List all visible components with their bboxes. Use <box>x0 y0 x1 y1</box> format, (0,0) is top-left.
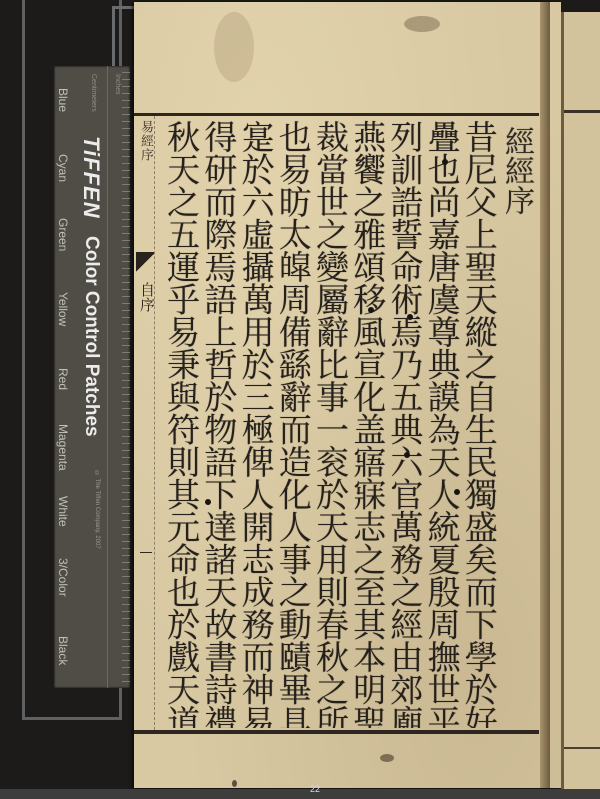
punctuation-dot <box>368 307 374 313</box>
ruler-scale <box>107 66 130 688</box>
text-column: 裁當世之變屬辭比事一衮於天用則春秋之所以教 <box>313 120 350 728</box>
patch-label-cyan: Cyan <box>56 154 70 182</box>
tiffen-logo: TiFFEN <box>78 136 104 219</box>
ink-spot <box>380 754 394 762</box>
text-body: 經經序 昔尼父上聖天縱之自生民獨盛矣而下學於好古疊 疊也尚嘉唐虞尊典謨為天人統夏… <box>164 120 536 728</box>
punctuation-dot <box>407 314 413 320</box>
fish-tail-mark <box>136 252 154 274</box>
adjacent-page-rule <box>564 110 600 113</box>
fold-column-subtitle: 自序 <box>137 282 158 312</box>
text-column: 列訓誥誓命術焉乃五典六官萬務之經由郊廟會朝 <box>387 120 424 728</box>
text-column: 秋天之五運乎易秉與符則其元命也於戲天道恢恢 <box>164 120 201 728</box>
book-page: 易經序 自序 經經序 昔尼父上聖天縱之自生民獨盛矣而下學於好古疊 疊也尚嘉唐虞尊… <box>134 2 561 788</box>
color-patch-labels: Blue Cyan Green Yellow Red Magenta White… <box>56 66 74 688</box>
patch-label-black: Black <box>56 636 70 665</box>
tiffen-color-card: Blue Cyan Green Yellow Red Magenta White… <box>54 66 130 688</box>
ink-spot <box>232 780 237 787</box>
punctuation-dot <box>442 159 448 165</box>
patch-label-blue: Blue <box>56 88 70 112</box>
patch-label-white: White <box>56 496 70 527</box>
bottom-border-rule <box>134 730 539 734</box>
footer-number: 22 <box>310 784 320 794</box>
patch-label-green: Green <box>56 218 70 251</box>
fold-column: 易經序 自序 <box>134 116 155 730</box>
top-border-rule <box>134 113 539 116</box>
punctuation-dot <box>404 452 410 458</box>
text-column: 也易昉太皡周備繇辭而造化人事之動賾畢具揩一 <box>276 120 313 728</box>
patch-label-3color: 3/Color <box>56 558 70 597</box>
text-column: 燕饗之雅頌移風宣化盖寤寐志之至其本明聖之軌 <box>350 120 387 728</box>
punctuation-dot <box>454 489 460 495</box>
ink-smudge <box>404 16 440 32</box>
adjacent-page-rule-bottom <box>564 747 600 749</box>
preface-heading: 經經序 <box>499 120 536 734</box>
page-gutter-edge <box>540 2 550 788</box>
patch-label-magenta: Magenta <box>56 424 70 471</box>
water-stain <box>214 12 254 82</box>
patch-label-yellow: Yellow <box>56 292 70 326</box>
text-column: 得研而際焉語上哲於物語下達諸天故書詩禮樂春 <box>201 120 238 728</box>
fold-column-title: 易經序 <box>136 120 155 162</box>
adjacent-page <box>561 12 600 789</box>
text-column: 昔尼父上聖天縱之自生民獨盛矣而下學於好古疊 <box>462 120 499 728</box>
patch-label-red: Red <box>56 368 70 390</box>
text-column: 寔於六虛攝萬用於三極俾人開志成務而神易之原 <box>238 120 275 728</box>
text-column: 疊也尚嘉唐虞尊典謨為天人統夏殷周撫世平成之 <box>424 120 461 728</box>
card-title: Color Control Patches <box>80 236 102 437</box>
fold-tick-mark <box>140 552 152 553</box>
ruler-label-cm: Centimeters <box>90 74 97 112</box>
punctuation-dot <box>205 499 211 505</box>
bottom-strip <box>0 789 600 799</box>
card-fine-print: © The Tiffen Company, 2007 <box>94 471 100 549</box>
